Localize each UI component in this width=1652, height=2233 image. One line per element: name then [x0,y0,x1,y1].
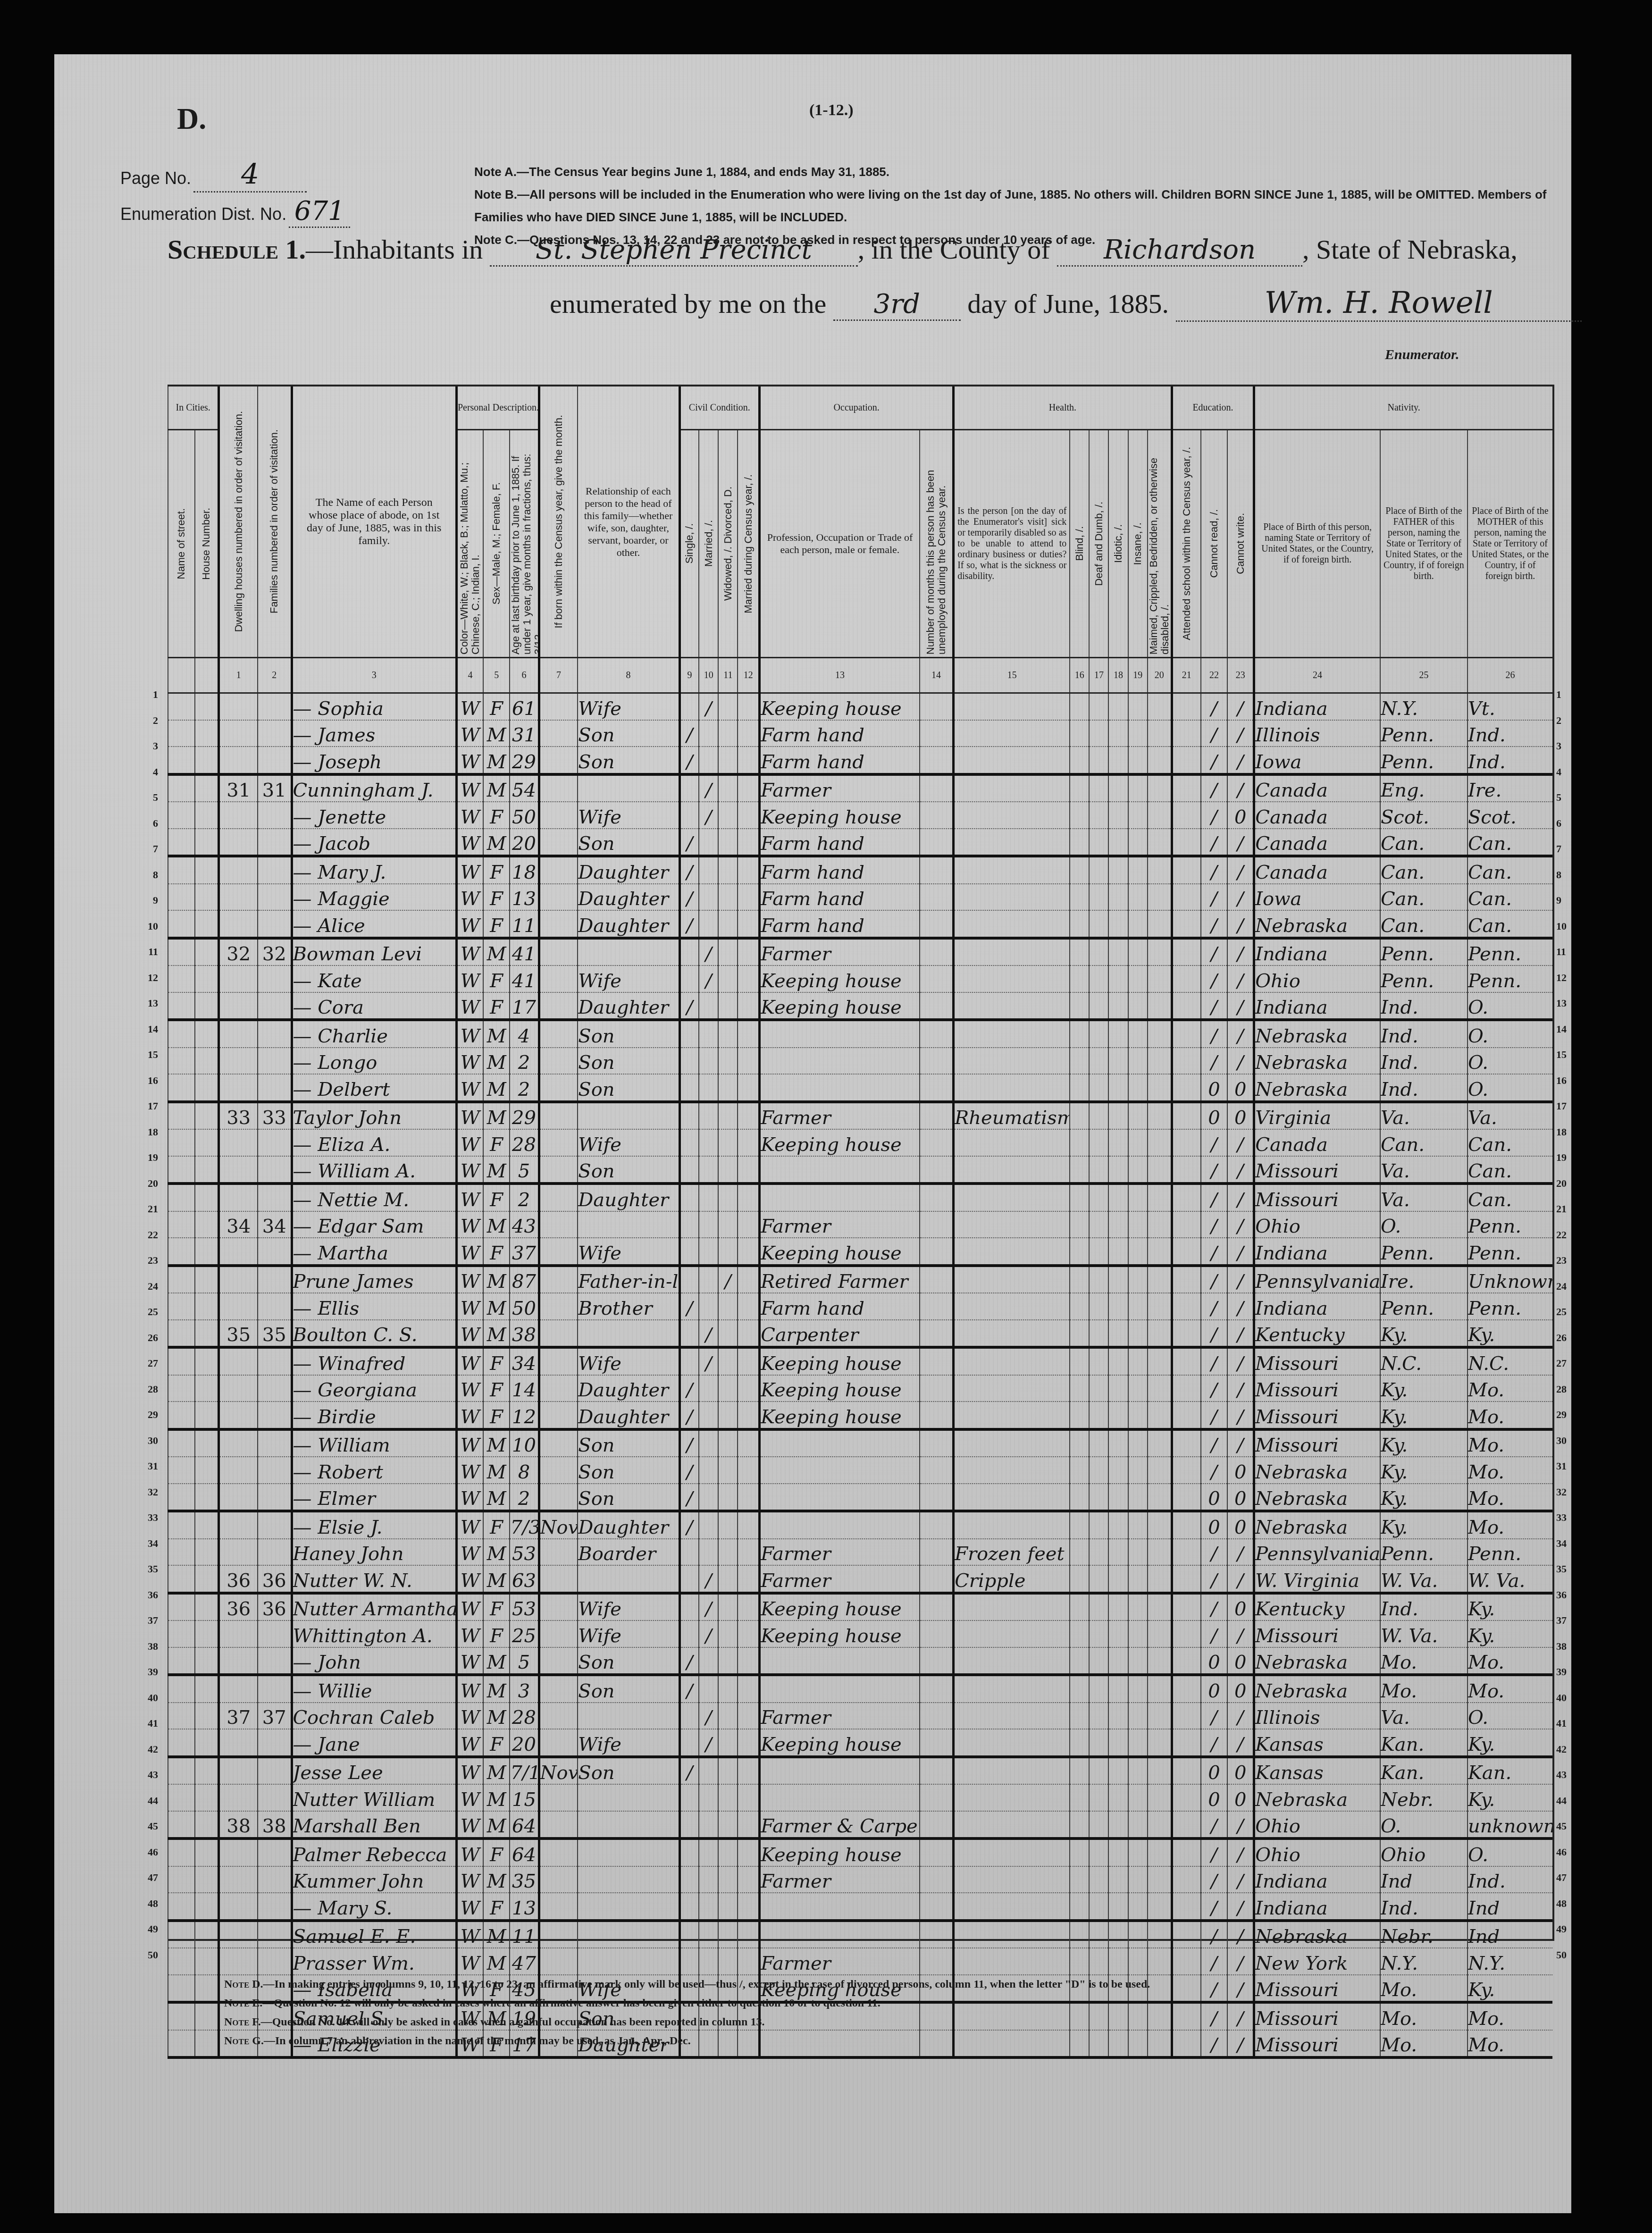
blind-mark [1070,1838,1089,1866]
widowed-mark [718,1457,738,1484]
bottom-note: Note D.—In making entries in columns 9, … [224,1975,1498,1994]
insane-mark [1128,965,1148,992]
widowed-mark [718,1729,738,1757]
cannot-write-mark: / [1227,1703,1254,1729]
header-c17: Deaf and Dumb, /. [1089,430,1108,658]
cannot-read-mark: / [1201,774,1228,802]
idiotic-mark [1108,1757,1128,1785]
age-cell: 29 [510,747,539,774]
maimed-mark [1148,1838,1172,1866]
widowed-mark [718,910,738,938]
idiotic-mark [1108,1593,1128,1621]
census-row: — JacobWM20Son/Farm hand//CanadaCan.Can. [168,829,1552,856]
sickness-cell [954,1784,1070,1811]
line-number: 31 [1556,1453,1575,1479]
insane-mark [1128,1948,1148,1975]
color-cell: W [456,856,483,884]
cannot-write-mark: / [1227,1375,1254,1402]
married-mark [699,1375,718,1402]
birthplace-cell: Nebraska [1254,1048,1380,1075]
cannot-write-mark: 0 [1227,1074,1254,1102]
birth-month-cell [539,1266,578,1293]
single-mark [679,1347,699,1375]
married-census-year-mark [738,1784,759,1811]
father-birthplace-cell: O. [1380,1211,1468,1238]
line-number: 47 [1556,1865,1575,1891]
single-mark [679,1565,699,1593]
family-number [258,1784,292,1811]
idiotic-mark [1108,774,1128,802]
cannot-write-mark: / [1227,1320,1254,1348]
sickness-cell [954,1429,1070,1457]
blind-mark [1070,1675,1089,1703]
line-number: 10 [139,914,158,940]
birthplace-cell: Indiana [1254,1893,1380,1921]
relationship-cell: Son [578,747,679,774]
school-mark [1172,1565,1201,1593]
house-cell [195,829,219,856]
school-mark [1172,802,1201,829]
line-number: 36 [139,1582,158,1608]
house-cell [195,1048,219,1075]
color-cell: W [456,1156,483,1184]
house-cell [195,1866,219,1893]
line-number: 5 [1556,785,1575,811]
married-census-year-mark [738,1156,759,1184]
cannot-write-mark: / [1227,747,1254,774]
cannot-write-mark: / [1227,1811,1254,1839]
unemployed-months [920,884,954,911]
single-mark [679,693,699,720]
house-cell [195,1511,219,1539]
line-number: 45 [1556,1813,1575,1839]
cannot-read-mark: / [1201,1866,1228,1893]
birth-month-cell [539,965,578,992]
single-mark: / [679,1375,699,1402]
sickness-cell: Cripple [954,1565,1070,1593]
maimed-mark [1148,910,1172,938]
birthplace-cell: Missouri [1254,1620,1380,1647]
father-birthplace-cell: Ky. [1380,1484,1468,1511]
unemployed-months [920,829,954,856]
sex-cell: F [483,884,510,911]
single-mark [679,965,699,992]
unemployed-months [920,1784,954,1811]
line-number: 9 [1556,888,1575,914]
relationship-cell: Son [578,1074,679,1102]
relationship-cell [578,1811,679,1839]
census-row: — WinafredWF34Wife/Keeping house//Missou… [168,1347,1552,1375]
school-mark [1172,829,1201,856]
idiotic-mark [1108,992,1128,1020]
occupation-cell: Keeping house [760,1593,920,1621]
blind-mark [1070,1757,1089,1785]
married-census-year-mark [738,1266,759,1293]
unemployed-months [920,1156,954,1184]
person-name: Taylor John [292,1102,456,1130]
street-cell [168,693,195,720]
blind-mark [1070,938,1089,966]
color-cell: W [456,1102,483,1130]
mother-birthplace-cell: Ky. [1468,1620,1552,1647]
birthplace-cell: Kentucky [1254,1593,1380,1621]
sickness-cell [954,1293,1070,1320]
married-census-year-mark [738,1948,759,1975]
house-cell [195,910,219,938]
idiotic-mark [1108,1293,1128,1320]
house-cell [195,1703,219,1729]
family-number: 35 [258,1320,292,1348]
street-cell [168,1293,195,1320]
person-name: — Joseph [292,747,456,774]
cannot-read-mark: / [1201,720,1228,747]
unemployed-months [920,747,954,774]
relationship-cell: Son [578,1484,679,1511]
cannot-write-mark: / [1227,856,1254,884]
header-c7: If born within the Census year, give the… [539,386,578,658]
person-name: — Ellis [292,1293,456,1320]
deaf-mark [1089,747,1108,774]
house-cell [195,747,219,774]
age-cell: 50 [510,802,539,829]
column-number: 19 [1128,658,1148,693]
idiotic-mark [1108,965,1128,992]
mother-birthplace-cell: Vt. [1468,693,1552,720]
cannot-write-mark: / [1227,992,1254,1020]
cannot-read-mark: / [1201,856,1228,884]
street-cell [168,2030,195,2058]
birthplace-cell: Nebraska [1254,1784,1380,1811]
dwelling-number [219,1156,258,1184]
line-number: 12 [1556,965,1575,991]
father-birthplace-cell: Kan. [1380,1757,1468,1785]
school-mark [1172,1102,1201,1130]
birth-month-cell [539,1647,578,1675]
age-cell: 54 [510,774,539,802]
house-cell [195,720,219,747]
person-name: — Elsie J. [292,1511,456,1539]
color-cell: W [456,1811,483,1839]
person-name: — John [292,1647,456,1675]
header-house: House Number. [195,430,219,658]
group-health: Health. [954,386,1172,430]
group-in-cities: In Cities. [168,386,219,430]
widowed-mark [718,1647,738,1675]
married-mark [699,1811,718,1839]
family-number [258,910,292,938]
cannot-read-mark: / [1201,1129,1228,1156]
married-mark [699,1048,718,1075]
line-number: 3 [139,733,158,759]
family-number [258,992,292,1020]
relationship-cell [578,1893,679,1921]
sickness-cell [954,992,1070,1020]
relationship-cell: Son [578,1156,679,1184]
house-cell [195,1948,219,1975]
single-mark: / [679,884,699,911]
age-cell: 2 [510,1484,539,1511]
birth-month-cell [539,1129,578,1156]
deaf-mark [1089,1539,1108,1566]
cannot-read-mark: / [1201,1375,1228,1402]
sex-cell: M [483,774,510,802]
cannot-read-mark: / [1201,1020,1228,1048]
cannot-read-mark: / [1201,1948,1228,1975]
deaf-mark [1089,1893,1108,1921]
cannot-write-mark: 0 [1227,1784,1254,1811]
single-mark: / [679,1484,699,1511]
sickness-cell [954,1211,1070,1238]
birth-month-cell [539,1074,578,1102]
single-mark: / [679,1457,699,1484]
sickness-cell [954,856,1070,884]
sickness-cell [954,774,1070,802]
birthplace-cell: W. Virginia [1254,1565,1380,1593]
dwelling-number [219,1293,258,1320]
married-census-year-mark [738,992,759,1020]
blind-mark [1070,1266,1089,1293]
color-cell: W [456,1320,483,1348]
color-cell: W [456,1784,483,1811]
married-mark: / [699,965,718,992]
dwelling-number [219,1866,258,1893]
person-name: — Longo [292,1048,456,1075]
relationship-cell: Wife [578,1238,679,1266]
sickness-cell [954,1048,1070,1075]
age-cell: 29 [510,1102,539,1130]
sex-cell: M [483,1539,510,1566]
single-mark [679,1729,699,1757]
married-census-year-mark [738,1511,759,1539]
father-birthplace-cell: Va. [1380,1703,1468,1729]
cannot-read-mark: / [1201,1238,1228,1266]
line-number: 2 [1556,708,1575,734]
census-row: — CharlieWM4Son//NebraskaInd.O. [168,1020,1552,1048]
cannot-write-mark: 0 [1227,1647,1254,1675]
sickness-cell [954,1811,1070,1839]
cannot-write-mark: / [1227,1838,1254,1866]
occupation-cell: Keeping house [760,802,920,829]
dwelling-number [219,1020,258,1048]
birthplace-cell: Illinois [1254,720,1380,747]
blind-mark [1070,1921,1089,1948]
unemployed-months [920,1675,954,1703]
cannot-write-mark: / [1227,1347,1254,1375]
birth-month-cell [539,1838,578,1866]
relationship-cell: Daughter [578,992,679,1020]
occupation-cell: Keeping house [760,1620,920,1647]
house-cell [195,693,219,720]
line-number: 15 [139,1042,158,1068]
father-birthplace-cell: Va. [1380,1184,1468,1211]
color-cell: W [456,1375,483,1402]
married-mark [699,1675,718,1703]
maimed-mark [1148,856,1172,884]
father-birthplace-cell: Ind [1380,1866,1468,1893]
idiotic-mark [1108,1129,1128,1156]
census-table-frame: In Cities. Dwelling houses numbered in o… [168,385,1554,1941]
line-number: 3 [1556,733,1575,759]
unemployed-months [920,1893,954,1921]
census-row: — Elsie J.WF7/30NovDaughter/00NebraskaKy… [168,1511,1552,1539]
married-census-year-mark [738,693,759,720]
family-number [258,1020,292,1048]
census-row: Haney JohnWM53BoarderFarmerFrozen feet//… [168,1539,1552,1566]
line-number: 45 [139,1813,158,1839]
street-cell [168,1565,195,1593]
insane-mark [1128,1539,1148,1566]
widowed-mark [718,1347,738,1375]
unemployed-months [920,1320,954,1348]
deaf-mark [1089,1020,1108,1048]
idiotic-mark [1108,1729,1128,1757]
sex-cell: M [483,938,510,966]
single-mark [679,1921,699,1948]
color-cell: W [456,910,483,938]
age-cell: 87 [510,1266,539,1293]
line-number: 16 [139,1068,158,1094]
married-census-year-mark [738,1620,759,1647]
cannot-write-mark: / [1227,1429,1254,1457]
maimed-mark [1148,1293,1172,1320]
cannot-read-mark: / [1201,802,1228,829]
birth-month-cell [539,1729,578,1757]
insane-mark [1128,1675,1148,1703]
school-mark [1172,1048,1201,1075]
enumerated-label: enumerated by me on the [550,288,826,319]
header-c22: Cannot read, /. [1201,430,1228,658]
family-number [258,1375,292,1402]
maimed-mark [1148,1811,1172,1839]
birth-month-cell [539,1375,578,1402]
married-mark [699,1838,718,1866]
census-row: — BirdieWF12Daughter/Keeping house//Miss… [168,1402,1552,1429]
birth-month-cell [539,1320,578,1348]
census-row: Whittington A.WF25Wife/Keeping house//Mi… [168,1620,1552,1647]
idiotic-mark [1108,1921,1128,1948]
column-number: 4 [456,658,483,693]
insane-mark [1128,1211,1148,1238]
maimed-mark [1148,829,1172,856]
deaf-mark [1089,856,1108,884]
relationship-cell [578,1948,679,1975]
census-row: — EllisWM50Brother/Farm hand//IndianaPen… [168,1293,1552,1320]
census-row: — Mary S.WF13//IndianaInd.Ind [168,1893,1552,1921]
occupation-cell: Farmer [760,938,920,966]
street-cell [168,1729,195,1757]
header-c10: Married, /. [699,430,718,658]
header-c12: Married during Census year, /. [738,430,759,658]
relationship-cell [578,1866,679,1893]
blind-mark [1070,1620,1089,1647]
line-number: 17 [139,1093,158,1119]
street-cell [168,1838,195,1866]
sickness-cell: Frozen feet [954,1539,1070,1566]
widowed-mark [718,1838,738,1866]
column-number: 18 [1108,658,1128,693]
idiotic-mark [1108,1675,1128,1703]
mother-birthplace-cell: Ind [1468,1921,1552,1948]
sickness-cell [954,1184,1070,1211]
street-cell [168,1703,195,1729]
unemployed-months [920,1620,954,1647]
unemployed-months [920,1866,954,1893]
relationship-cell [578,1703,679,1729]
relationship-cell: Wife [578,1620,679,1647]
father-birthplace-cell: Ind. [1380,1074,1468,1102]
birth-month-cell [539,1565,578,1593]
column-number: 24 [1254,658,1380,693]
age-cell: 4 [510,1020,539,1048]
note-key: Note F. [224,2016,261,2028]
line-number: 18 [139,1119,158,1145]
widowed-mark [718,1811,738,1839]
sickness-cell [954,1511,1070,1539]
single-mark [679,1129,699,1156]
father-birthplace-cell: Ind. [1380,992,1468,1020]
dwelling-number: 35 [219,1320,258,1348]
widowed-mark [718,1620,738,1647]
married-census-year-mark [738,856,759,884]
birth-month-cell [539,1703,578,1729]
color-cell: W [456,1074,483,1102]
person-name: — Winafred [292,1347,456,1375]
person-name: Kummer John [292,1866,456,1893]
street-cell [168,802,195,829]
unemployed-months [920,1457,954,1484]
house-cell [195,1347,219,1375]
group-nativity: Nativity. [1254,386,1552,430]
deaf-mark [1089,1048,1108,1075]
sickness-cell [954,965,1070,992]
line-number: 8 [139,862,158,888]
line-number: 44 [1556,1788,1575,1814]
person-name: — James [292,720,456,747]
married-census-year-mark [738,829,759,856]
insane-mark [1128,1565,1148,1593]
maimed-mark [1148,693,1172,720]
column-number: 15 [954,658,1070,693]
census-row: 3838Marshall BenWM64Farmer & Carpenter//… [168,1811,1552,1839]
father-birthplace-cell: Ky. [1380,1457,1468,1484]
inhabitants-label: —Inhabitants in [306,234,483,265]
age-cell: 2 [510,1048,539,1075]
sickness-cell [954,1402,1070,1429]
header-c6: Age at last birthday prior to June 1, 18… [510,430,539,658]
deaf-mark [1089,1921,1108,1948]
birthplace-cell: Nebraska [1254,1457,1380,1484]
single-mark: / [679,720,699,747]
house-cell [195,1593,219,1621]
married-mark: / [699,938,718,966]
dwelling-number [219,1757,258,1785]
family-number [258,1266,292,1293]
person-name: — Jane [292,1729,456,1757]
enumerator-signature: Wm. H. Rowell [1176,285,1582,322]
birthplace-cell: Illinois [1254,1703,1380,1729]
mother-birthplace-cell: Ky. [1468,1320,1552,1348]
line-number: 23 [1556,1248,1575,1274]
line-number: 32 [139,1479,158,1505]
color-cell: W [456,1921,483,1948]
blind-mark [1070,1729,1089,1757]
age-cell: 53 [510,1593,539,1621]
mother-birthplace-cell: Mo. [1468,1429,1552,1457]
age-cell: 7/12 [510,1757,539,1785]
married-mark [699,1511,718,1539]
father-birthplace-cell: W. Va. [1380,1620,1468,1647]
widowed-mark [718,774,738,802]
